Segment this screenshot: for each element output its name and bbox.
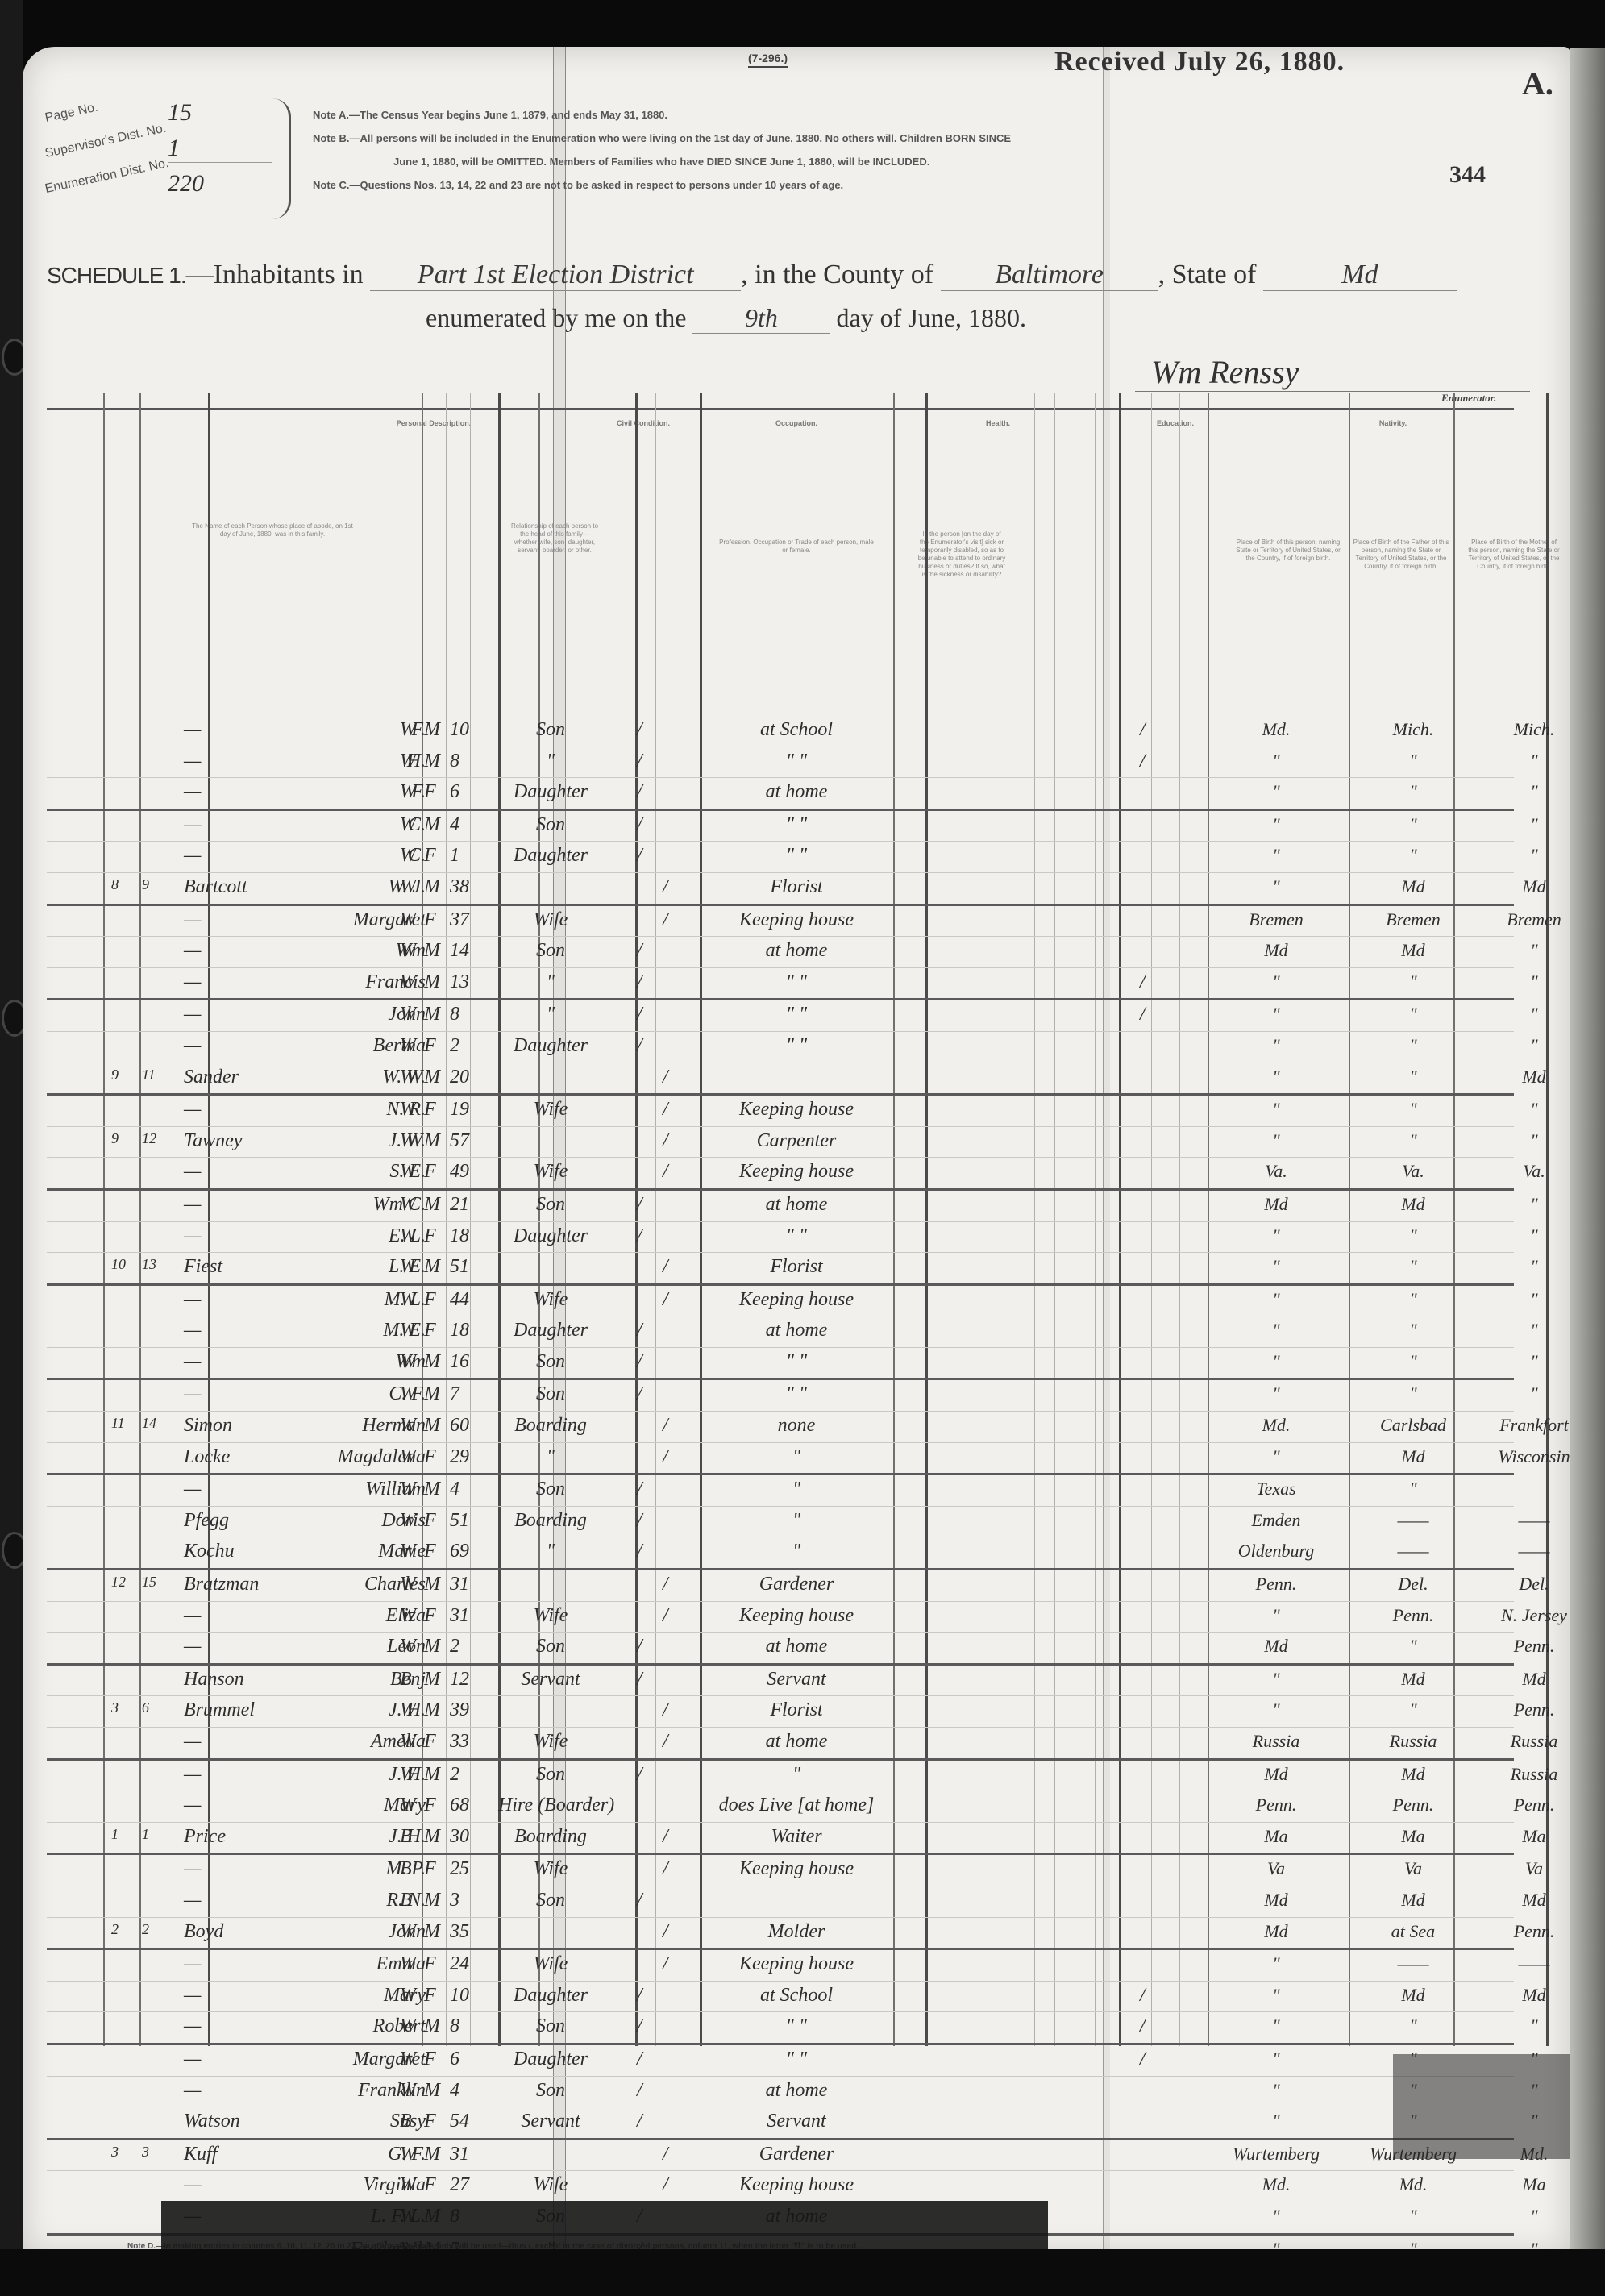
color: W	[400, 781, 416, 803]
married-mark: /	[663, 1605, 668, 1627]
color: B	[400, 1890, 412, 1911]
form-number: (7-296.)	[748, 52, 788, 68]
sex: M	[424, 940, 440, 962]
color: W	[400, 1067, 416, 1088]
color: W	[400, 1415, 416, 1437]
sex: F	[424, 1161, 436, 1183]
age: 69	[450, 1541, 469, 1562]
occupation: at home	[708, 2080, 885, 2102]
married-mark: /	[663, 1858, 668, 1880]
table-row: —LeonWM2Son/at homeMd"Penn.30	[47, 1633, 1514, 1666]
table-row: —R. N.BM3Son/MdMdMd38	[47, 1886, 1514, 1918]
relationship: Son	[498, 1764, 603, 1786]
group-occupation: Occupation.	[708, 419, 885, 427]
dwelling-number: 12	[111, 1574, 126, 1591]
group-education: Education.	[1135, 419, 1216, 427]
age: 68	[450, 1795, 469, 1816]
age: 31	[450, 2144, 469, 2165]
family-number: 11	[142, 1067, 156, 1084]
age: 6	[450, 781, 459, 803]
father-birthplace: at Sea	[1353, 1921, 1474, 1942]
age: 3	[450, 1890, 459, 1911]
surname: —	[184, 1194, 201, 1216]
sex: F	[424, 1731, 436, 1753]
surname: —	[184, 1479, 201, 1500]
relationship: Wife	[498, 1099, 603, 1121]
table-row: —WmWM16Son/" """"21	[47, 1348, 1514, 1381]
occupation: " "	[708, 1351, 885, 1373]
birthplace: "	[1208, 971, 1345, 992]
age: 4	[450, 1479, 459, 1500]
relationship: Daughter	[498, 2049, 603, 2070]
color: W	[400, 1921, 416, 1943]
sex: M	[424, 1351, 440, 1373]
father-birthplace: Md	[1353, 1669, 1474, 1690]
color: W	[400, 876, 416, 898]
county-value: Baltimore	[941, 260, 1158, 291]
color: W	[400, 814, 416, 836]
relationship: Boarding	[498, 1510, 603, 1532]
table-row: —M. P.BF25Wife/Keeping houseVaVaVa37	[47, 1855, 1514, 1886]
header-birthplace: Place of Birth of this person, naming St…	[1232, 539, 1345, 563]
birthplace: "	[1208, 2080, 1345, 2101]
surname: —	[184, 1161, 201, 1183]
dwelling-number: 9	[111, 1130, 119, 1147]
school-mark: /	[1140, 2049, 1146, 2070]
sex: M	[424, 1383, 440, 1405]
relationship: Wife	[498, 909, 603, 931]
surname: Boyd	[184, 1921, 223, 1943]
sex: F	[424, 1446, 436, 1468]
father-birthplace: Carlsbad	[1353, 1415, 1474, 1436]
age: 19	[450, 1099, 469, 1121]
age: 20	[450, 1067, 469, 1088]
age: 16	[450, 1351, 469, 1373]
relationship: "	[498, 1446, 603, 1468]
birthplace: Md	[1208, 1764, 1345, 1785]
color: W	[400, 1795, 416, 1816]
relationship: Wife	[498, 1731, 603, 1753]
occupation: at home	[708, 1731, 885, 1753]
sex: F	[424, 1035, 436, 1057]
relationship: Boarding	[498, 1826, 603, 1848]
family-number: 1	[142, 1826, 149, 1843]
sex: M	[424, 1256, 440, 1278]
relationship: Wife	[498, 1953, 603, 1975]
occupation: Servant	[708, 2111, 885, 2132]
birthplace: Texas	[1208, 1479, 1345, 1499]
table-row: —E. L.WF18Daughter/" """"17	[47, 1222, 1514, 1254]
supervisor-value: 1	[168, 135, 272, 163]
page-edge	[1570, 48, 1605, 2257]
color: W	[400, 719, 416, 741]
note-b: Note B.—All persons will be included in …	[313, 127, 1011, 150]
date-suffix: day of June, 1880.	[836, 303, 1026, 332]
married-mark: /	[663, 1953, 668, 1975]
color: W	[400, 2174, 416, 2196]
age: 2	[450, 1035, 459, 1057]
stamped-page-number: 344	[1449, 161, 1486, 189]
dwelling-number: 11	[111, 1415, 125, 1432]
relationship: Son	[498, 719, 603, 741]
table-row: —JohnWM8"/" "/"""10	[47, 1000, 1514, 1032]
surname: —	[184, 909, 201, 931]
married-mark: /	[663, 1826, 668, 1848]
occupation: Carpenter	[708, 1130, 885, 1152]
age: 25	[450, 1858, 469, 1880]
sex: M	[424, 1194, 440, 1216]
birthplace: "	[1208, 1985, 1345, 2006]
header-relationship: Relationship of each person to the head …	[510, 522, 599, 555]
surname: Hanson	[184, 1669, 244, 1691]
age: 37	[450, 909, 469, 931]
relationship: Son	[498, 1636, 603, 1658]
occupation: Gardener	[708, 1574, 885, 1595]
sex: M	[424, 719, 440, 741]
page-no-row: Page No. 15	[47, 95, 289, 131]
occupation: Molder	[708, 1921, 885, 1943]
age: 54	[450, 2111, 469, 2132]
surname: —	[184, 1605, 201, 1627]
surname: Simon	[184, 1415, 232, 1437]
relationship: Son	[498, 1479, 603, 1500]
birthplace: "	[1208, 1320, 1345, 1341]
sex: M	[424, 1004, 440, 1025]
father-birthplace: "	[1353, 1130, 1474, 1151]
sex: M	[424, 1574, 440, 1595]
enumeration-row: Enumeration Dist. No. 220	[47, 166, 289, 202]
occupation: "	[708, 1541, 885, 1562]
father-birthplace: "	[1353, 781, 1474, 802]
birthplace: Md	[1208, 1636, 1345, 1657]
father-birthplace: Mich.	[1353, 719, 1474, 740]
birthplace: "	[1208, 781, 1345, 802]
age: 27	[450, 2174, 469, 2196]
sex: F	[424, 1320, 436, 1341]
schedule-label: SCHEDULE 1.	[47, 263, 186, 288]
occupation: " "	[708, 1004, 885, 1025]
age: 6	[450, 2049, 459, 2070]
color: W	[400, 1099, 416, 1121]
table-row: —M. E.WF18Daughter/at home"""20	[47, 1316, 1514, 1348]
table-row: PfeggDorisWF51Boarding/"Emden————26	[47, 1507, 1514, 1538]
color: W	[400, 1479, 416, 1500]
father-birthplace: Md	[1353, 940, 1474, 961]
dwelling-number: 9	[111, 1067, 119, 1084]
birthplace: Md.	[1208, 719, 1345, 740]
father-birthplace: Md	[1353, 1194, 1474, 1215]
state-label: , State of	[1158, 260, 1257, 289]
occupation: at home	[708, 781, 885, 803]
color: W	[400, 1351, 416, 1373]
state-value: Md	[1263, 260, 1457, 291]
table-row: —S. E.WF49Wife/Keeping houseVa.Va.Va.15	[47, 1158, 1514, 1191]
relationship: Daughter	[498, 845, 603, 867]
single-mark: /	[637, 1351, 642, 1373]
birthplace: "	[1208, 1099, 1345, 1120]
married-mark: /	[663, 2144, 668, 2165]
relationship: "	[498, 971, 603, 993]
color: B	[400, 1669, 412, 1691]
father-birthplace: "	[1353, 971, 1474, 992]
sex: M	[424, 2015, 440, 2037]
birthplace: Md	[1208, 1890, 1345, 1911]
sex: F	[424, 1510, 436, 1532]
age: 1	[450, 845, 459, 867]
header-father-birthplace: Place of Birth of the Father of this per…	[1353, 539, 1449, 571]
surname: —	[184, 1320, 201, 1341]
color: W	[400, 1764, 416, 1786]
surname: —	[184, 1953, 201, 1975]
relationship: Son	[498, 1890, 603, 1911]
relationship: Son	[498, 940, 603, 962]
single-mark: /	[637, 1985, 642, 2007]
birthplace: "	[1208, 1605, 1345, 1626]
district-meta: Page No. 15 Supervisor's Dist. No. 1 Enu…	[47, 95, 289, 202]
relationship: Son	[498, 2015, 603, 2037]
color: W	[400, 1004, 416, 1025]
single-mark: /	[637, 971, 642, 993]
father-birthplace: "	[1353, 1225, 1474, 1246]
dwelling-number: 2	[111, 1921, 119, 1938]
occupation: Florist	[708, 1699, 885, 1721]
father-birthplace: "	[1353, 1479, 1474, 1499]
father-birthplace: "	[1353, 1035, 1474, 1056]
age: 8	[450, 2015, 459, 2037]
sex: F	[424, 845, 436, 867]
header-health: Is the person [on the day of the Enumera…	[917, 530, 1006, 579]
occupation: Servant	[708, 1669, 885, 1691]
birthplace: "	[1208, 876, 1345, 897]
occupation: " "	[708, 751, 885, 772]
table-row: —EmmaWF24Wife/Keeping house"————40	[47, 1950, 1514, 1982]
single-mark: /	[637, 719, 642, 741]
color: W	[400, 1731, 416, 1753]
relationship: Daughter	[498, 1035, 603, 1057]
birthplace: Va	[1208, 1858, 1345, 1879]
single-mark: /	[637, 781, 642, 803]
table-row: —ElizaWF31Wife/Keeping house"Penn.N. Jer…	[47, 1602, 1514, 1633]
table-row: 1114SimonHermanWM60Boarding/noneMd.Carls…	[47, 1412, 1514, 1443]
single-mark: /	[637, 1225, 642, 1247]
color: W	[400, 1383, 416, 1405]
single-mark: /	[637, 2111, 642, 2132]
father-birthplace: "	[1353, 845, 1474, 866]
age: 4	[450, 814, 459, 836]
single-mark: /	[637, 1669, 642, 1691]
occupation: " "	[708, 845, 885, 867]
table-row: —H.WM8"/" "/"""2	[47, 747, 1514, 779]
occupation: Florist	[708, 876, 885, 898]
color: W	[400, 1985, 416, 2007]
sex: M	[424, 1826, 440, 1848]
birthplace: Md	[1208, 940, 1345, 961]
school-mark: /	[1140, 2015, 1146, 2037]
birthplace: Md.	[1208, 2174, 1345, 2195]
schedule-line: SCHEDULE 1.—Inhabitants in Part 1st Elec…	[47, 260, 1457, 291]
single-mark: /	[637, 1194, 642, 1216]
sex: F	[424, 2174, 436, 2196]
single-mark: /	[637, 1890, 642, 1911]
occupation: " "	[708, 1035, 885, 1057]
sex: F	[424, 781, 436, 803]
single-mark: /	[637, 845, 642, 867]
table-row: WatsonSusyBF54Servant/Servant"""45	[47, 2107, 1514, 2140]
single-mark: /	[637, 1479, 642, 1500]
received-stamp: Received July 26, 1880.	[1054, 47, 1345, 77]
surname: —	[184, 845, 201, 867]
inhabitants-label: —Inhabitants in	[186, 260, 364, 289]
dwelling-number: 3	[111, 1699, 119, 1716]
single-mark: /	[637, 1004, 642, 1025]
sex: M	[424, 1130, 440, 1152]
table-row: 912TawneyJ. W.WM57/Carpenter"""14	[47, 1127, 1514, 1158]
table-row: —MargaretWF6Daughter/" "/"""43	[47, 2045, 1514, 2077]
age: 18	[450, 1225, 469, 1247]
married-mark: /	[663, 1067, 668, 1088]
sex: M	[424, 1699, 440, 1721]
father-birthplace: ——	[1353, 1510, 1474, 1531]
occupation: Keeping house	[708, 909, 885, 931]
color: W	[400, 1510, 416, 1532]
note-b-cont: June 1, 1880, will be OMITTED. Members o…	[313, 150, 1011, 173]
table-row: —F.WF6Daughter/at home"""3	[47, 778, 1514, 811]
surname: —	[184, 814, 201, 836]
surname: —	[184, 1764, 201, 1786]
birthplace: "	[1208, 1383, 1345, 1404]
occupation: at School	[708, 719, 885, 741]
sex: M	[424, 971, 440, 993]
color: B	[400, 1826, 412, 1848]
surname: Tawney	[184, 1130, 242, 1152]
occupation: "	[708, 1764, 885, 1786]
relationship: Wife	[498, 1289, 603, 1311]
father-birthplace: Md.	[1353, 2174, 1474, 2195]
birthplace: "	[1208, 845, 1345, 866]
occupation: Keeping house	[708, 1605, 885, 1627]
birthplace: Emden	[1208, 1510, 1345, 1531]
table-row: —WilliamWM4Son/"Texas"25	[47, 1475, 1514, 1507]
dwelling-number: 3	[111, 2144, 119, 2161]
age: 12	[450, 1669, 469, 1691]
sex: F	[424, 1099, 436, 1121]
relationship: Wife	[498, 2174, 603, 2196]
married-mark: /	[663, 1289, 668, 1311]
birthplace: "	[1208, 1289, 1345, 1310]
age: 60	[450, 1415, 469, 1437]
age: 21	[450, 1194, 469, 1216]
age: 2	[450, 1764, 459, 1786]
occupation: "	[708, 1446, 885, 1468]
married-mark: /	[663, 1256, 668, 1278]
sex: F	[424, 909, 436, 931]
day-value: 9th	[692, 303, 830, 334]
occupation: at School	[708, 1985, 885, 2007]
color: B	[400, 1858, 412, 1880]
birthplace: "	[1208, 1953, 1345, 1974]
enumeration-date-line: enumerated by me on the 9th day of June,…	[426, 303, 1026, 334]
group-civil: Civil Condition.	[611, 419, 676, 427]
birthplace: Russia	[1208, 1731, 1345, 1752]
relationship: Servant	[498, 2111, 603, 2132]
single-mark: /	[637, 814, 642, 836]
relationship: "	[498, 1004, 603, 1025]
surname: Bratzman	[184, 1574, 259, 1595]
sex: F	[424, 1225, 436, 1247]
table-row: —M. L.WF44Wife/Keeping house"""19	[47, 1286, 1514, 1317]
surname: —	[184, 1289, 201, 1311]
surname: Kuff	[184, 2144, 217, 2165]
relationship: Hire (Boarder)	[498, 1795, 603, 1816]
father-birthplace: Va.	[1353, 1161, 1474, 1182]
table-row: 911SanderW. W.WM20/""Md12	[47, 1063, 1514, 1096]
dwelling-number: 1	[111, 1826, 119, 1843]
district-value: Part 1st Election District	[370, 260, 741, 291]
family-number: 12	[142, 1130, 156, 1147]
relationship: Wife	[498, 1605, 603, 1627]
age: 31	[450, 1605, 469, 1627]
single-mark: /	[637, 1320, 642, 1341]
relationship: "	[498, 1541, 603, 1562]
relationship: Daughter	[498, 1985, 603, 2007]
age: 10	[450, 1985, 469, 2007]
occupation: Keeping house	[708, 1953, 885, 1975]
father-birthplace: "	[1353, 1383, 1474, 1404]
relationship: Wife	[498, 1858, 603, 1880]
birthplace: Ma	[1208, 1826, 1345, 1847]
school-mark: /	[1140, 1004, 1146, 1025]
table-row: —C.WM4Son/" """"4	[47, 811, 1514, 842]
scan-border-bottom	[0, 2249, 1605, 2296]
relationship: Son	[498, 1194, 603, 1216]
married-mark: /	[663, 1699, 668, 1721]
single-mark: /	[637, 1383, 642, 1405]
father-birthplace: Md	[1353, 1764, 1474, 1785]
single-mark: /	[637, 2015, 642, 2037]
relationship: Wife	[498, 1161, 603, 1183]
color: W	[400, 1225, 416, 1247]
relationship: Servant	[498, 1669, 603, 1691]
age: 8	[450, 751, 459, 772]
relationship: "	[498, 751, 603, 772]
color: B	[400, 2111, 412, 2132]
married-mark: /	[663, 1731, 668, 1753]
age: 24	[450, 1953, 469, 1975]
table-row: —BerthaWF2Daughter/" """"11	[47, 1032, 1514, 1063]
color: W	[400, 909, 416, 931]
married-mark: /	[663, 1130, 668, 1152]
age: 49	[450, 1161, 469, 1183]
surname: —	[184, 1035, 201, 1057]
instruction-notes: Note A.—The Census Year begins June 1, 1…	[313, 103, 1011, 197]
occupation: "	[708, 1479, 885, 1500]
occupation: Keeping house	[708, 1099, 885, 1121]
surname: —	[184, 1985, 201, 2007]
occupation: at home	[708, 1194, 885, 1216]
sex: F	[424, 1985, 436, 2007]
father-birthplace: "	[1353, 2206, 1474, 2227]
note-a: Note A.—The Census Year begins June 1, 1…	[313, 103, 1011, 127]
sex: M	[424, 1921, 440, 1943]
age: 39	[450, 1699, 469, 1721]
school-mark: /	[1140, 751, 1146, 772]
table-row: —N. R.WF19Wife/Keeping house"""13	[47, 1096, 1514, 1127]
occupation: " "	[708, 814, 885, 836]
relationship: Son	[498, 2080, 603, 2102]
single-mark: /	[637, 1764, 642, 1786]
sex: F	[424, 1289, 436, 1311]
surname: Fiest	[184, 1256, 222, 1278]
